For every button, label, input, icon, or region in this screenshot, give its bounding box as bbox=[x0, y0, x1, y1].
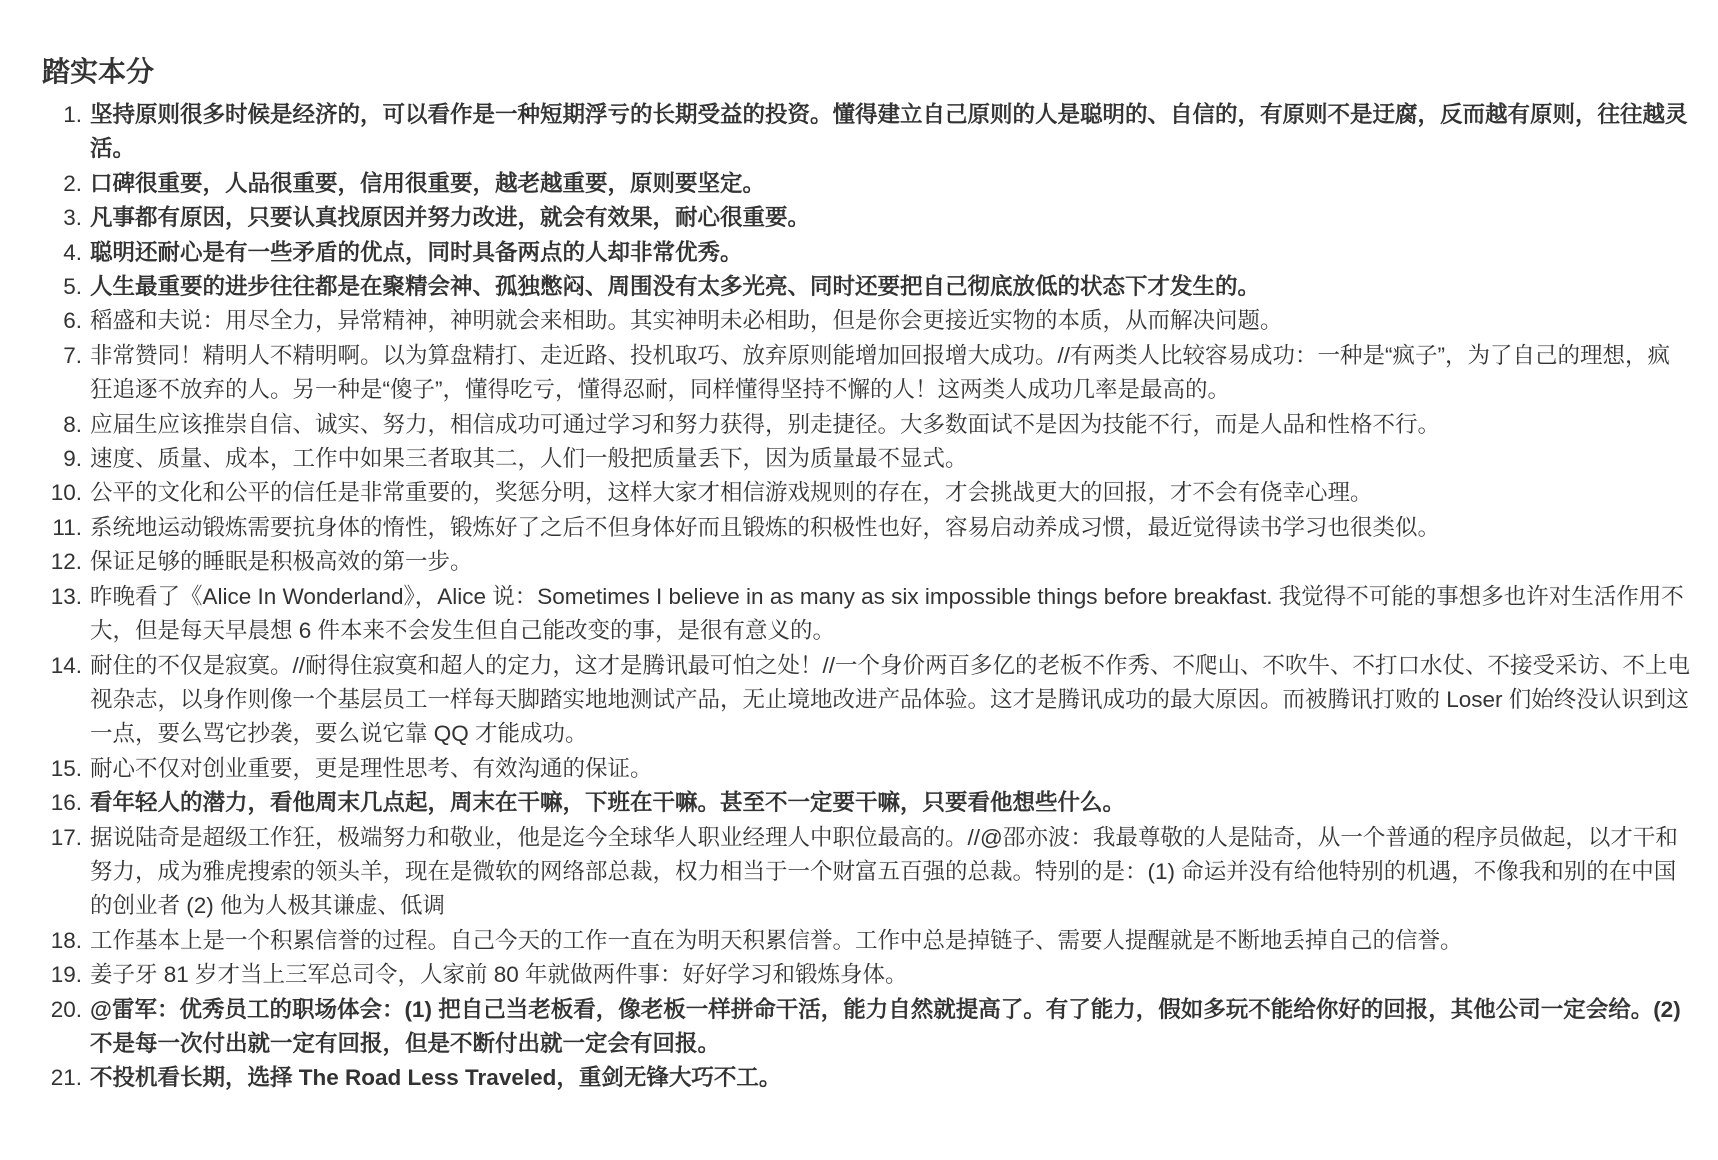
item-text: 系统地运动锻炼需要抗身体的惰性，锻炼好了之后不但身体好而且锻炼的积极性也好，容易… bbox=[90, 511, 1690, 545]
item-text: 耐住的不仅是寂寞。//耐得住寂寞和超人的定力，这才是腾讯最可怕之处！//一个身价… bbox=[90, 649, 1690, 752]
list-item: 6.稻盛和夫说：用尽全力，异常精神，神明就会来相助。其实神明未必相助，但是你会更… bbox=[40, 304, 1690, 338]
list-item: 10.公平的文化和公平的信任是非常重要的，奖惩分明，这样大家才相信游戏规则的存在… bbox=[40, 476, 1690, 510]
item-number: 7. bbox=[40, 339, 82, 373]
item-number: 2. bbox=[40, 167, 82, 201]
item-text: 坚持原则很多时候是经济的，可以看作是一种短期浮亏的长期受益的投资。懂得建立自己原… bbox=[90, 98, 1690, 167]
item-number: 12. bbox=[40, 545, 82, 579]
list-item: 2.口碑很重要，人品很重要，信用很重要，越老越重要，原则要坚定。 bbox=[40, 167, 1690, 201]
list-item: 18.工作基本上是一个积累信誉的过程。自己今天的工作一直在为明天积累信誉。工作中… bbox=[40, 924, 1690, 958]
list-item: 1.坚持原则很多时候是经济的，可以看作是一种短期浮亏的长期受益的投资。懂得建立自… bbox=[40, 98, 1690, 167]
item-text: 保证足够的睡眠是积极高效的第一步。 bbox=[90, 545, 1690, 579]
item-text: 应届生应该推崇自信、诚实、努力，相信成功可通过学习和努力获得，别走捷径。大多数面… bbox=[90, 408, 1690, 442]
item-text: 不投机看长期，选择 The Road Less Traveled，重剑无锋大巧不… bbox=[90, 1061, 1690, 1095]
list-item: 5.人生最重要的进步往往都是在聚精会神、孤独憋闷、周围没有太多光亮、同时还要把自… bbox=[40, 270, 1690, 304]
item-number: 3. bbox=[40, 201, 82, 235]
item-number: 9. bbox=[40, 442, 82, 476]
item-number: 14. bbox=[40, 649, 82, 683]
item-text: 聪明还耐心是有一些矛盾的优点，同时具备两点的人却非常优秀。 bbox=[90, 236, 1690, 270]
list-item: 3.凡事都有原因，只要认真找原因并努力改进，就会有效果，耐心很重要。 bbox=[40, 201, 1690, 235]
item-text: 耐心不仅对创业重要，更是理性思考、有效沟通的保证。 bbox=[90, 752, 1690, 786]
list-item: 14.耐住的不仅是寂寞。//耐得住寂寞和超人的定力，这才是腾讯最可怕之处！//一… bbox=[40, 649, 1690, 752]
item-number: 17. bbox=[40, 821, 82, 855]
list-item: 15.耐心不仅对创业重要，更是理性思考、有效沟通的保证。 bbox=[40, 752, 1690, 786]
item-number: 16. bbox=[40, 786, 82, 820]
item-number: 8. bbox=[40, 408, 82, 442]
item-number: 13. bbox=[40, 580, 82, 614]
list-item: 13.昨晚看了《Alice In Wonderland》，Alice 说：Som… bbox=[40, 580, 1690, 649]
list-item: 9.速度、质量、成本，工作中如果三者取其二，人们一般把质量丢下，因为质量最不显式… bbox=[40, 442, 1690, 476]
list-item: 19.姜子牙 81 岁才当上三军总司令，人家前 80 年就做两件事：好好学习和锻… bbox=[40, 958, 1690, 992]
item-number: 18. bbox=[40, 924, 82, 958]
list-item: 16.看年轻人的潜力，看他周末几点起，周末在干嘛，下班在干嘛。甚至不一定要干嘛，… bbox=[40, 786, 1690, 820]
list-item: 7.非常赞同！精明人不精明啊。以为算盘精打、走近路、投机取巧、放弃原则能增加回报… bbox=[40, 339, 1690, 408]
item-text: 人生最重要的进步往往都是在聚精会神、孤独憋闷、周围没有太多光亮、同时还要把自己彻… bbox=[90, 270, 1690, 304]
item-text: 昨晚看了《Alice In Wonderland》，Alice 说：Someti… bbox=[90, 580, 1690, 649]
item-number: 1. bbox=[40, 98, 82, 132]
item-text: @雷军：优秀员工的职场体会：(1) 把自己当老板看，像老板一样拼命干活，能力自然… bbox=[90, 993, 1690, 1062]
list-item: 17.据说陆奇是超级工作狂，极端努力和敬业，他是迄今全球华人职业经理人中职位最高… bbox=[40, 821, 1690, 924]
item-number: 15. bbox=[40, 752, 82, 786]
item-number: 10. bbox=[40, 476, 82, 510]
item-number: 20. bbox=[40, 993, 82, 1027]
principles-list: 1.坚持原则很多时候是经济的，可以看作是一种短期浮亏的长期受益的投资。懂得建立自… bbox=[40, 98, 1690, 1096]
list-item: 4.聪明还耐心是有一些矛盾的优点，同时具备两点的人却非常优秀。 bbox=[40, 236, 1690, 270]
item-text: 看年轻人的潜力，看他周末几点起，周末在干嘛，下班在干嘛。甚至不一定要干嘛，只要看… bbox=[90, 786, 1690, 820]
item-text: 非常赞同！精明人不精明啊。以为算盘精打、走近路、投机取巧、放弃原则能增加回报增大… bbox=[90, 339, 1690, 408]
item-text: 凡事都有原因，只要认真找原因并努力改进，就会有效果，耐心很重要。 bbox=[90, 201, 1690, 235]
item-number: 19. bbox=[40, 958, 82, 992]
item-number: 11. bbox=[40, 511, 82, 545]
item-text: 据说陆奇是超级工作狂，极端努力和敬业，他是迄今全球华人职业经理人中职位最高的。/… bbox=[90, 821, 1690, 924]
item-text: 稻盛和夫说：用尽全力，异常精神，神明就会来相助。其实神明未必相助，但是你会更接近… bbox=[90, 304, 1690, 338]
list-item: 12.保证足够的睡眠是积极高效的第一步。 bbox=[40, 545, 1690, 579]
section-title: 踏实本分 bbox=[42, 52, 1690, 92]
item-number: 5. bbox=[40, 270, 82, 304]
item-number: 6. bbox=[40, 304, 82, 338]
item-text: 公平的文化和公平的信任是非常重要的，奖惩分明，这样大家才相信游戏规则的存在，才会… bbox=[90, 476, 1690, 510]
list-item: 11.系统地运动锻炼需要抗身体的惰性，锻炼好了之后不但身体好而且锻炼的积极性也好… bbox=[40, 511, 1690, 545]
list-item: 8.应届生应该推崇自信、诚实、努力，相信成功可通过学习和努力获得，别走捷径。大多… bbox=[40, 408, 1690, 442]
item-number: 21. bbox=[40, 1061, 82, 1095]
document: 踏实本分 1.坚持原则很多时候是经济的，可以看作是一种短期浮亏的长期受益的投资。… bbox=[40, 52, 1690, 1096]
list-item: 20.@雷军：优秀员工的职场体会：(1) 把自己当老板看，像老板一样拼命干活，能… bbox=[40, 993, 1690, 1062]
item-number: 4. bbox=[40, 236, 82, 270]
item-text: 工作基本上是一个积累信誉的过程。自己今天的工作一直在为明天积累信誉。工作中总是掉… bbox=[90, 924, 1690, 958]
item-text: 口碑很重要，人品很重要，信用很重要，越老越重要，原则要坚定。 bbox=[90, 167, 1690, 201]
item-text: 速度、质量、成本，工作中如果三者取其二，人们一般把质量丢下，因为质量最不显式。 bbox=[90, 442, 1690, 476]
list-item: 21.不投机看长期，选择 The Road Less Traveled，重剑无锋… bbox=[40, 1061, 1690, 1095]
item-text: 姜子牙 81 岁才当上三军总司令，人家前 80 年就做两件事：好好学习和锻炼身体… bbox=[90, 958, 1690, 992]
